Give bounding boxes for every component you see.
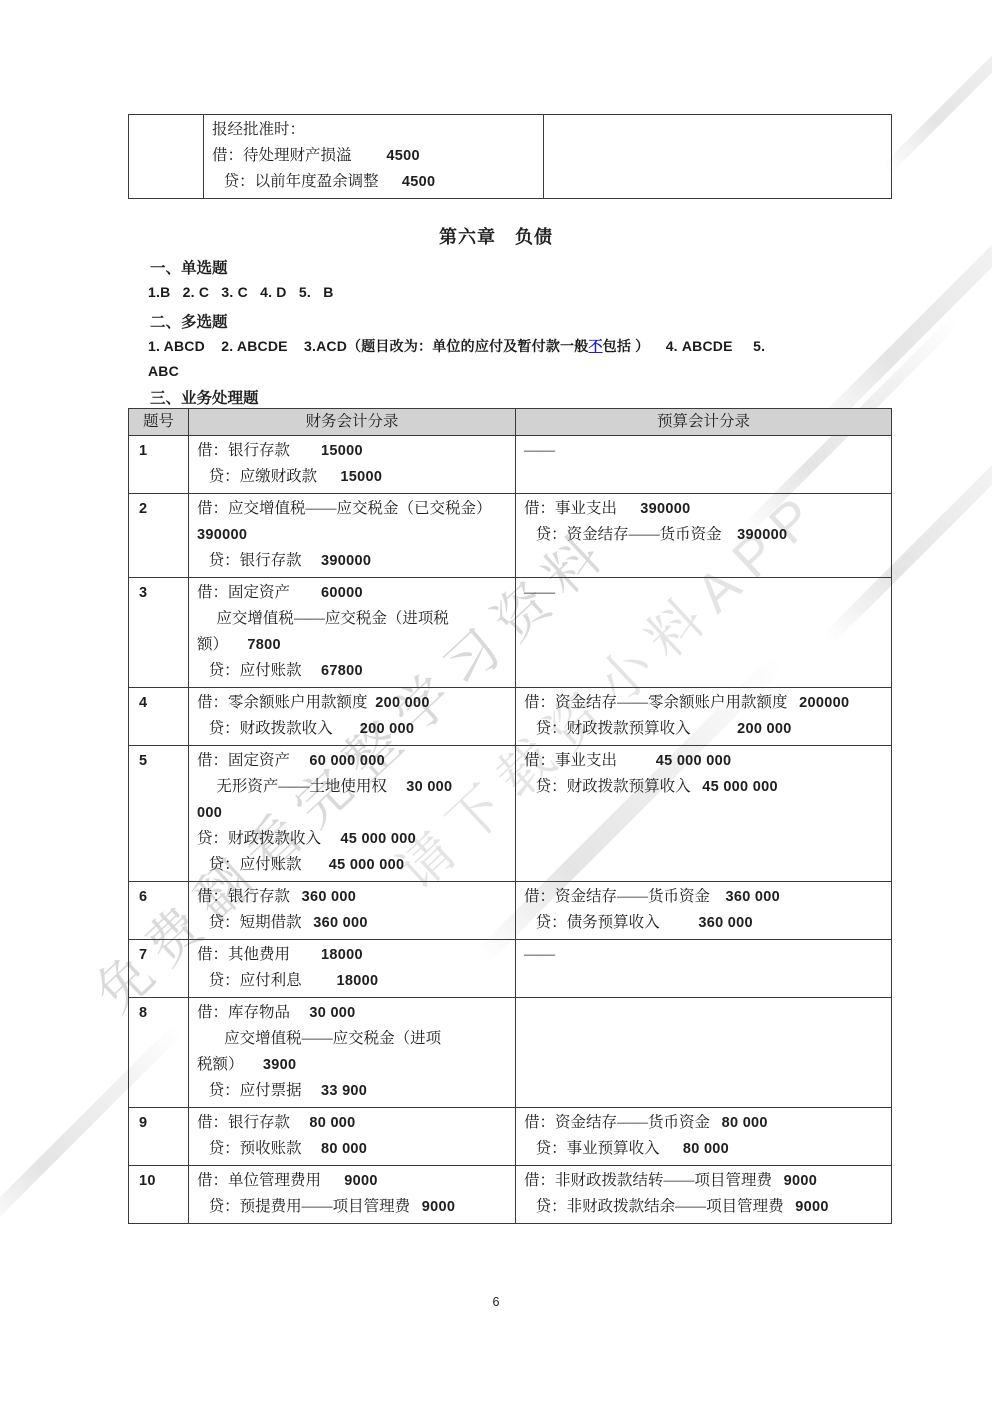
multi-choice-answers: 1. ABCD 2. ABCDE 3.ACD（题目改为：单位的应付及暂付款一般不… xyxy=(148,336,908,356)
carryover-entry-table: 报经批准时：借：待处理财产损溢 4500 贷：以前年度盈余调整 4500 xyxy=(128,114,892,199)
entry-line: 1 xyxy=(137,438,182,464)
question-number-cell: 8 xyxy=(129,998,189,1108)
entry-line: —— xyxy=(524,438,885,464)
financial-entry-cell: 借：银行存款 15000 贷：应缴财政款 15000 xyxy=(189,436,516,494)
entry-line: 借：固定资产 60 000 000 xyxy=(197,748,509,774)
entry-line: 借：零余额账户用款额度 200 000 xyxy=(197,690,509,716)
question-number-cell: 7 xyxy=(129,940,189,998)
entry-line: 报经批准时： xyxy=(212,117,537,143)
entry-line: 000 xyxy=(197,800,509,826)
entry-line: 借：银行存款 80 000 xyxy=(197,1110,509,1136)
question-number-cell: 2 xyxy=(129,494,189,578)
entry-line: 3 xyxy=(137,580,182,606)
page-content: 报经批准时：借：待处理财产损溢 4500 贷：以前年度盈余调整 4500 第六章… xyxy=(0,0,992,1403)
budget-entry-cell xyxy=(516,998,892,1108)
entry-line: 贷：应付利息 18000 xyxy=(197,968,509,994)
budget-entry-cell: 借：资金结存——零余额账户用款额度 200000 贷：财政拨款预算收入 200 … xyxy=(516,688,892,746)
entry-line: 借：银行存款 15000 xyxy=(197,438,509,464)
entry-line: 贷：以前年度盈余调整 4500 xyxy=(212,169,537,195)
financial-entry-cell: 借：固定资产 60 000 000 无形资产——土地使用权 30 000000贷… xyxy=(189,746,516,882)
financial-entry-cell: 借：固定资产 60000 应交增值税——应交税金（进项税额） 7800 贷：应付… xyxy=(189,578,516,688)
entry-line: 借：事业支出 45 000 000 xyxy=(524,748,885,774)
entry-line: 贷：预收账款 80 000 xyxy=(197,1136,509,1162)
budget-entry-cell: 借：资金结存——货币资金 360 000 贷：债务预算收入 360 000 xyxy=(516,882,892,940)
worksheet-row: 4借：零余额账户用款额度 200 000 贷：财政拨款收入 200 000借：资… xyxy=(129,688,892,746)
entry-line: 借：待处理财产损溢 4500 xyxy=(212,143,537,169)
entry-line: 贷：短期借款 360 000 xyxy=(197,910,509,936)
entry-line: 贷：资金结存——货币资金 390000 xyxy=(524,522,885,548)
question-number-cell: 6 xyxy=(129,882,189,940)
question-number-cell: 1 xyxy=(129,436,189,494)
entry-line: 7 xyxy=(137,942,182,968)
entry-line: 8 xyxy=(137,1000,182,1026)
multi-choice-answers-part2: 包括 ） 4. ABCDE 5. xyxy=(603,338,766,354)
financial-entry-cell: 借：其他费用 18000 贷：应付利息 18000 xyxy=(189,940,516,998)
worksheet-row: 9借：银行存款 80 000 贷：预收账款 80 000借：资金结存——货币资金… xyxy=(129,1108,892,1166)
entry-line: 贷：财政拨款收入 45 000 000 xyxy=(197,826,509,852)
multi-choice-answers-part1: 1. ABCD 2. ABCDE 3.ACD（题目改为：单位的应付及暂付款一般 xyxy=(148,338,588,354)
worksheet-row: 3借：固定资产 60000 应交增值税——应交税金（进项税额） 7800 贷：应… xyxy=(129,578,892,688)
entry-line: 贷：银行存款 390000 xyxy=(197,548,509,574)
carryover-empty-cell xyxy=(544,115,892,199)
budget-entry-cell: —— xyxy=(516,940,892,998)
entry-line: 应交增值税——应交税金（进项 xyxy=(197,1026,509,1052)
worksheet-table: 题号财务会计分录预算会计分录 1借：银行存款 15000 贷：应缴财政款 150… xyxy=(128,408,892,1224)
entry-line: 贷：财政拨款预算收入 200 000 xyxy=(524,716,885,742)
chapter-title: 第六章 负债 xyxy=(0,223,992,249)
entry-line: 借：固定资产 60000 xyxy=(197,580,509,606)
entry-line: 贷：应缴财政款 15000 xyxy=(197,464,509,490)
entry-line: 9 xyxy=(137,1110,182,1136)
business-heading: 三、业务处理题 xyxy=(150,386,259,408)
worksheet-row: 8借：库存物品 30 000 应交增值税——应交税金（进项税额） 3900 贷：… xyxy=(129,998,892,1108)
entry-line: 贷：财政拨款预算收入 45 000 000 xyxy=(524,774,885,800)
worksheet-column-header: 财务会计分录 xyxy=(189,409,516,436)
budget-entry-cell: —— xyxy=(516,578,892,688)
financial-entry-cell: 借：零余额账户用款额度 200 000 贷：财政拨款收入 200 000 xyxy=(189,688,516,746)
carryover-row: 报经批准时：借：待处理财产损溢 4500 贷：以前年度盈余调整 4500 xyxy=(129,115,892,199)
entry-line: 贷：应付账款 67800 xyxy=(197,658,509,684)
entry-line: 借：资金结存——货币资金 80 000 xyxy=(524,1110,885,1136)
entry-line: 4 xyxy=(137,690,182,716)
worksheet-column-header: 题号 xyxy=(129,409,189,436)
financial-entry-cell: 借：银行存款 80 000 贷：预收账款 80 000 xyxy=(189,1108,516,1166)
entry-line: 借：单位管理费用 9000 xyxy=(197,1168,509,1194)
multi-choice-answers-line2: ABC xyxy=(148,363,179,379)
multi-choice-heading: 二、多选题 xyxy=(150,310,228,332)
entry-line: 10 xyxy=(137,1168,182,1194)
entry-line: 5 xyxy=(137,748,182,774)
worksheet-row: 6借：银行存款 360 000 贷：短期借款 360 000借：资金结存——货币… xyxy=(129,882,892,940)
entry-line: 6 xyxy=(137,884,182,910)
worksheet-row: 7借：其他费用 18000 贷：应付利息 18000—— xyxy=(129,940,892,998)
entry-line: 贷：非财政拨款结余——项目管理费 9000 xyxy=(524,1194,885,1220)
entry-line: 贷：应付账款 45 000 000 xyxy=(197,852,509,878)
budget-entry-cell: 借：资金结存——货币资金 80 000 贷：事业预算收入 80 000 xyxy=(516,1108,892,1166)
worksheet-row: 2借：应交增值税——应交税金（已交税金）390000 贷：银行存款 390000… xyxy=(129,494,892,578)
worksheet-row: 1借：银行存款 15000 贷：应缴财政款 15000—— xyxy=(129,436,892,494)
entry-line: 390000 xyxy=(197,522,509,548)
worksheet-row: 5借：固定资产 60 000 000 无形资产——土地使用权 30 000000… xyxy=(129,746,892,882)
question-number-cell: 10 xyxy=(129,1166,189,1224)
carryover-entry-cell: 报经批准时：借：待处理财产损溢 4500 贷：以前年度盈余调整 4500 xyxy=(204,115,544,199)
entry-line: 贷：财政拨款收入 200 000 xyxy=(197,716,509,742)
financial-entry-cell: 借：单位管理费用 9000 贷：预提费用——项目管理费 9000 xyxy=(189,1166,516,1224)
entry-line: 贷：债务预算收入 360 000 xyxy=(524,910,885,936)
entry-line: 借：非财政拨款结转——项目管理费 9000 xyxy=(524,1168,885,1194)
entry-line: —— xyxy=(524,942,885,968)
entry-line: 借：库存物品 30 000 xyxy=(197,1000,509,1026)
financial-entry-cell: 借：应交增值税——应交税金（已交税金）390000 贷：银行存款 390000 xyxy=(189,494,516,578)
entry-line: 贷：事业预算收入 80 000 xyxy=(524,1136,885,1162)
entry-line: —— xyxy=(524,580,885,606)
single-choice-answers: 1.B 2. C 3. C 4. D 5. B xyxy=(148,284,334,300)
question-number-cell: 4 xyxy=(129,688,189,746)
financial-entry-cell: 借：库存物品 30 000 应交增值税——应交税金（进项税额） 3900 贷：应… xyxy=(189,998,516,1108)
budget-entry-cell: 借：非财政拨款结转——项目管理费 9000 贷：非财政拨款结余——项目管理费 9… xyxy=(516,1166,892,1224)
entry-line: 借：事业支出 390000 xyxy=(524,496,885,522)
entry-line: 2 xyxy=(137,496,182,522)
entry-line: 贷：应付票据 33 900 xyxy=(197,1078,509,1104)
question-number-cell: 9 xyxy=(129,1108,189,1166)
question-number-cell: 3 xyxy=(129,578,189,688)
entry-line: 借：资金结存——零余额账户用款额度 200000 xyxy=(524,690,885,716)
entry-line: 额） 7800 xyxy=(197,632,509,658)
single-choice-heading: 一、单选题 xyxy=(150,256,228,278)
page-number: 6 xyxy=(0,1295,992,1309)
budget-entry-cell: 借：事业支出 390000 贷：资金结存——货币资金 390000 xyxy=(516,494,892,578)
entry-line: 应交增值税——应交税金（进项税 xyxy=(197,606,509,632)
entry-line: 税额） 3900 xyxy=(197,1052,509,1078)
entry-line: 借：银行存款 360 000 xyxy=(197,884,509,910)
budget-entry-cell: —— xyxy=(516,436,892,494)
highlighted-character: 不 xyxy=(588,338,602,354)
entry-line: 无形资产——土地使用权 30 000 xyxy=(197,774,509,800)
worksheet-column-header: 预算会计分录 xyxy=(516,409,892,436)
entry-line: 借：其他费用 18000 xyxy=(197,942,509,968)
document-page: 免费翻看完整学习资料 请下载资小料APP 报经批准时：借：待处理财产损溢 450… xyxy=(0,0,992,1403)
entry-line: 借：应交增值税——应交税金（已交税金） xyxy=(197,496,509,522)
carryover-empty-cell xyxy=(129,115,204,199)
entry-line: 借：资金结存——货币资金 360 000 xyxy=(524,884,885,910)
worksheet-row: 10借：单位管理费用 9000 贷：预提费用——项目管理费 9000借：非财政拨… xyxy=(129,1166,892,1224)
worksheet-header-row: 题号财务会计分录预算会计分录 xyxy=(129,409,892,436)
financial-entry-cell: 借：银行存款 360 000 贷：短期借款 360 000 xyxy=(189,882,516,940)
entry-line: 贷：预提费用——项目管理费 9000 xyxy=(197,1194,509,1220)
question-number-cell: 5 xyxy=(129,746,189,882)
budget-entry-cell: 借：事业支出 45 000 000 贷：财政拨款预算收入 45 000 000 xyxy=(516,746,892,882)
